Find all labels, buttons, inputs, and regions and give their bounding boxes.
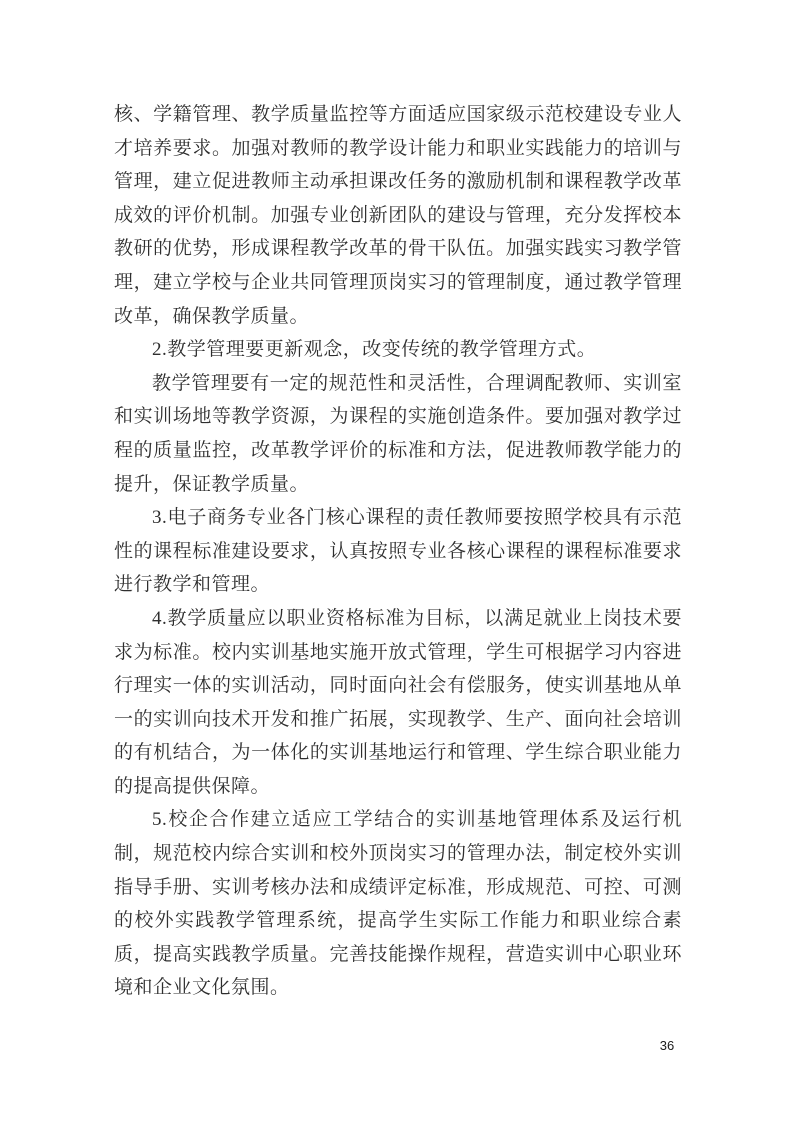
paragraph: 2.教学管理要更新观念，改变传统的教学管理方式。 bbox=[114, 333, 682, 367]
document-page: 核、学籍管理、教学质量监控等方面适应国家级示范校建设专业人才培养要求。加强对教师… bbox=[0, 0, 793, 1122]
paragraph: 教学管理要有一定的规范性和灵活性，合理调配教师、实训室和实训场地等教学资源，为课… bbox=[114, 367, 682, 501]
paragraph: 核、学籍管理、教学质量监控等方面适应国家级示范校建设专业人才培养要求。加强对教师… bbox=[114, 98, 682, 333]
paragraph: 5.校企合作建立适应工学结合的实训基地管理体系及运行机制，规范校内综合实训和校外… bbox=[114, 803, 682, 1005]
document-body: 核、学籍管理、教学质量监控等方面适应国家级示范校建设专业人才培养要求。加强对教师… bbox=[114, 98, 682, 1005]
page-number: 36 bbox=[652, 1038, 682, 1053]
paragraph: 4.教学质量应以职业资格标准为目标，以满足就业上岗技术要求为标准。校内实训基地实… bbox=[114, 602, 682, 804]
paragraph: 3.电子商务专业各门核心课程的责任教师要按照学校具有示范性的课程标准建设要求，认… bbox=[114, 501, 682, 602]
